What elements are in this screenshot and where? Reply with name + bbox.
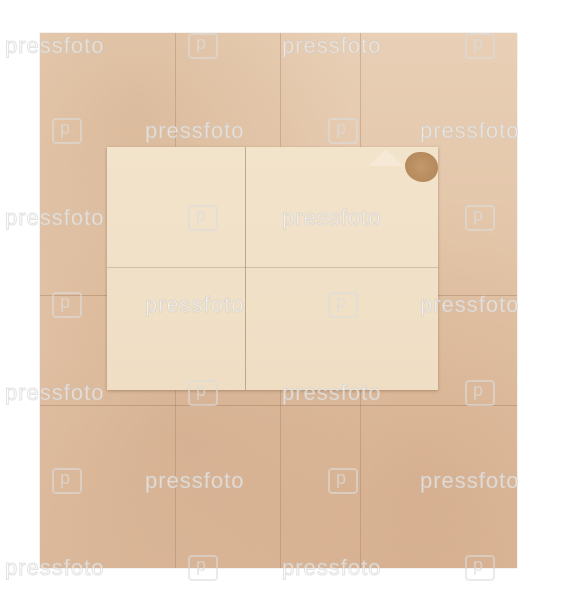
- small-folded-card: [107, 147, 438, 390]
- card-fold-line: [245, 147, 246, 390]
- pressfoto-logo-icon: [188, 205, 218, 231]
- pressfoto-logo-icon: [188, 380, 218, 406]
- pressfoto-watermark-text: pressfoto: [5, 33, 105, 59]
- pressfoto-watermark-text: pressfoto: [420, 118, 520, 144]
- pressfoto-watermark-text: pressfoto: [5, 205, 105, 231]
- paper-stain: [405, 152, 438, 182]
- pressfoto-logo-icon: [465, 380, 495, 406]
- pressfoto-watermark-text: pressfoto: [282, 33, 382, 59]
- pressfoto-logo-icon: [328, 292, 358, 318]
- pressfoto-logo-icon: [465, 205, 495, 231]
- pressfoto-watermark-text: pressfoto: [282, 555, 382, 581]
- pressfoto-watermark-text: pressfoto: [420, 292, 520, 318]
- pressfoto-watermark-text: pressfoto: [420, 468, 520, 494]
- pressfoto-logo-icon: [328, 118, 358, 144]
- pressfoto-watermark-text: pressfoto: [5, 380, 105, 406]
- paper-fold-line: [40, 405, 517, 406]
- pressfoto-watermark-text: pressfoto: [282, 205, 382, 231]
- pressfoto-watermark-text: pressfoto: [282, 380, 382, 406]
- pressfoto-logo-icon: [188, 555, 218, 581]
- pressfoto-watermark-text: pressfoto: [145, 118, 245, 144]
- pressfoto-watermark-text: pressfoto: [145, 468, 245, 494]
- pressfoto-watermark-text: pressfoto: [5, 555, 105, 581]
- pressfoto-logo-icon: [188, 33, 218, 59]
- pressfoto-logo-icon: [52, 292, 82, 318]
- pressfoto-logo-icon: [465, 555, 495, 581]
- pressfoto-logo-icon: [465, 33, 495, 59]
- torn-corner: [368, 150, 404, 166]
- pressfoto-logo-icon: [328, 468, 358, 494]
- card-fold-line: [107, 267, 438, 268]
- pressfoto-logo-icon: [52, 468, 82, 494]
- pressfoto-logo-icon: [52, 118, 82, 144]
- pressfoto-watermark-text: pressfoto: [145, 292, 245, 318]
